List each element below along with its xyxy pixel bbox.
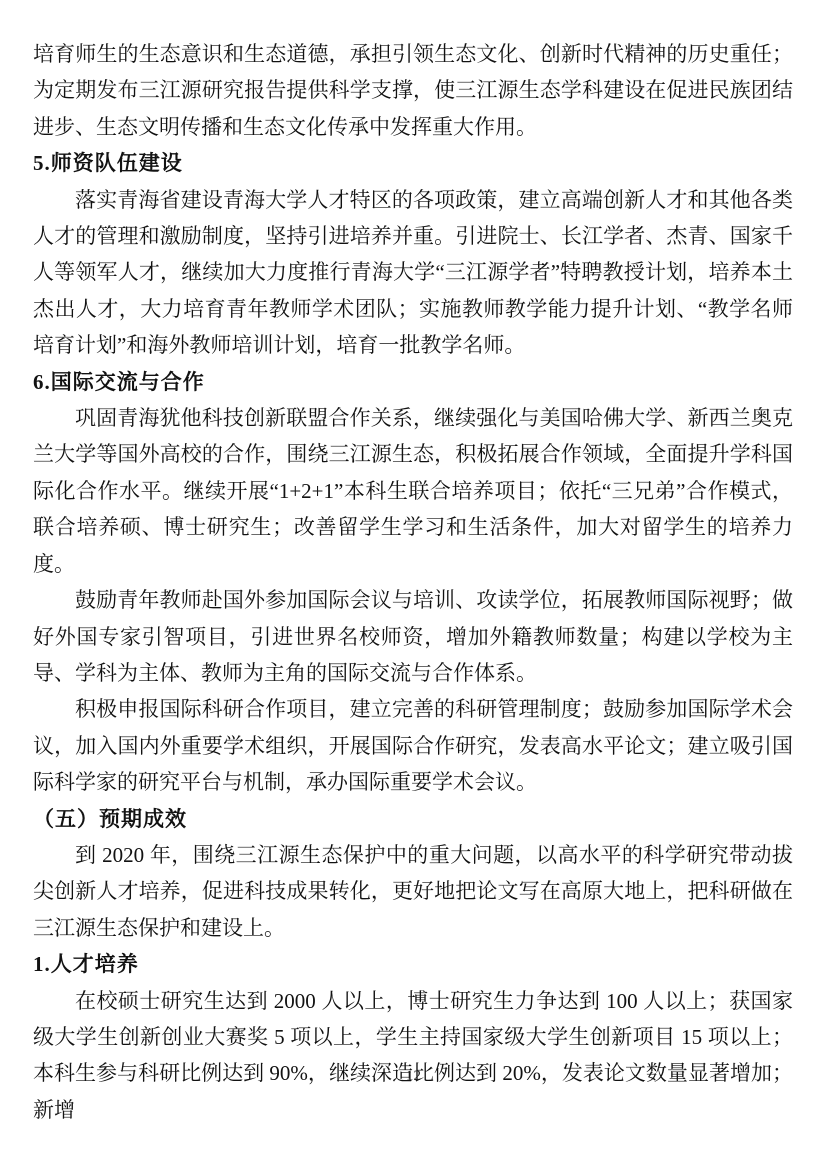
body-paragraph: 巩固青海犹他科技创新联盟合作关系，继续强化与美国哈佛大学、新西兰奥克兰大学等国外… [33, 400, 793, 582]
body-paragraph: 鼓励青年教师赴国外参加国际会议与培训、攻读学位，拓展教师国际视野；做好外国专家引… [33, 582, 793, 691]
body-paragraph: 积极申报国际科研合作项目，建立完善的科研管理制度；鼓励参加国际学术会议，加入国内… [33, 691, 793, 800]
document-page: 培育师生的生态意识和生态道德，承担引领生态文化、创新时代精神的历史重任；为定期发… [0, 0, 827, 1170]
body-paragraph: 在校硕士研究生达到 2000 人以上，博士研究生力争达到 100 人以上；获国家… [33, 983, 793, 1129]
section-heading: 5.师资队伍建设 [33, 145, 793, 181]
section-heading: （五）预期成效 [33, 801, 793, 837]
body-paragraph: 到 2020 年，围绕三江源生态保护中的重大问题，以高水平的科学研究带动拔尖创新… [33, 837, 793, 946]
section-heading: 1.人才培养 [33, 946, 793, 982]
body-paragraph: 培育师生的生态意识和生态道德，承担引领生态文化、创新时代精神的历史重任；为定期发… [33, 36, 793, 145]
body-paragraph: 落实青海省建设青海大学人才特区的各项政策，建立高端创新人才和其他各类人才的管理和… [33, 182, 793, 364]
section-heading: 6.国际交流与合作 [33, 364, 793, 400]
page-content: 培育师生的生态意识和生态道德，承担引领生态文化、创新时代精神的历史重任；为定期发… [33, 36, 793, 1128]
page-number: 12 [0, 1066, 827, 1086]
